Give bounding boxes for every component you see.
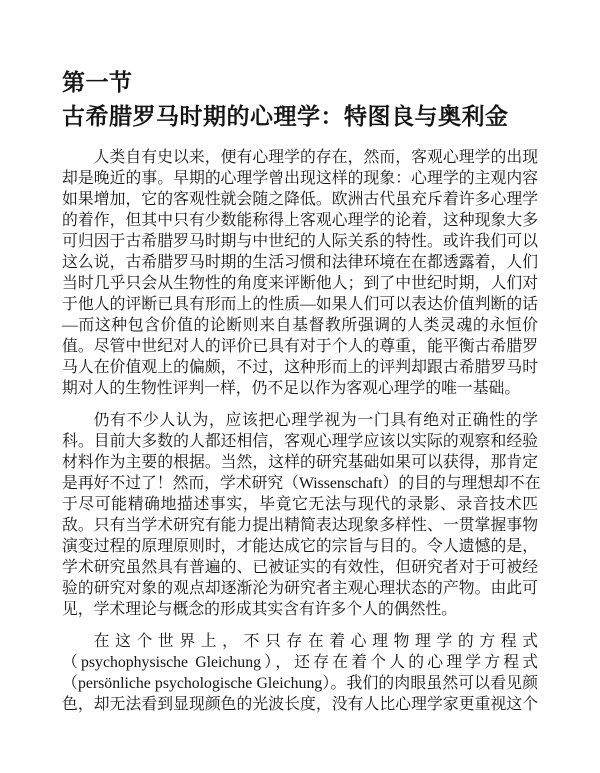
text-line: 在这个世界上，不只存在着心理物理学的方程式	[62, 631, 538, 652]
text-line: —而这种包含价值的论断则来自基督教所强调的人类灵魂的永恒价	[62, 315, 538, 336]
text-line: 值。尽管中世纪对人的评价已具有对于个人的尊重，能平衡古希腊罗	[62, 336, 538, 357]
paragraph: 人类自有史以来，便有心理学的存在，然而，客观心理学的出现却是晚近的事。早期的心理…	[62, 147, 538, 399]
text-line: 的着作，但其中只有少数能称得上客观心理学的论着，这种现象大多	[62, 210, 538, 231]
text-line: 验的研究对象的观点却逐渐沦为研究者主观心理状态的产物。由此可	[62, 578, 538, 599]
text-line: 材料作为主要的根据。当然，这样的研究基础如果可以获得，那肯定	[62, 452, 538, 473]
text-line: 于他人的评断已具有形而上的性质—如果人们可以表达价值判断的话	[62, 294, 538, 315]
body-text: 人类自有史以来，便有心理学的存在，然而，客观心理学的出现却是晚近的事。早期的心理…	[62, 147, 538, 715]
section-number: 第一节	[62, 66, 538, 100]
text-line: 仍有不少人认为，应该把心理学视为一门具有绝对正确性的学	[62, 410, 538, 431]
text-line: 学术研究虽然具有普遍的、已被证实的有效性，但研究者对于可被经	[62, 557, 538, 578]
text-line: 当时几乎只会从生物性的角度来评断他人；到了中世纪时期，人们对	[62, 273, 538, 294]
text-line: 这么说，古希腊罗马时期的生活习惯和法律环境在在都透露着，人们	[62, 252, 538, 273]
text-line: （persönliche psychologische Gleichung）。我…	[62, 673, 538, 694]
text-line: 于尽可能精确地描述事实，毕竟它无法与现代的录影、录音技术匹	[62, 494, 538, 515]
section-heading: 第一节 古希腊罗马时期的心理学：特图良与奥利金	[62, 66, 538, 134]
paragraph: 仍有不少人认为，应该把心理学视为一门具有绝对正确性的学科。目前大多数的人都还相信…	[62, 410, 538, 620]
text-line: 色，却无法看到显现颜色的光波长度，没有人比心理学家更重视这个	[62, 694, 538, 715]
page-content: 第一节 古希腊罗马时期的心理学：特图良与奥利金 人类自有史以来，便有心理学的存在…	[62, 66, 538, 715]
text-line: 可归因于古希腊罗马时期与中世纪的人际关系的特性。或许我们可以	[62, 231, 538, 252]
text-line: 人类自有史以来，便有心理学的存在，然而，客观心理学的出现	[62, 147, 538, 168]
text-line: 是再好不过了！然而，学术研究（Wissenschaft）的目的与理想却不在	[62, 473, 538, 494]
text-line: 演变过程的原理原则时，才能达成它的宗旨与目的。令人遗憾的是，	[62, 536, 538, 557]
text-line: 见，学术理论与概念的形成其实含有许多个人的偶然性。	[62, 599, 538, 620]
section-title: 古希腊罗马时期的心理学：特图良与奥利金	[62, 100, 538, 134]
text-line: 如果增加，它的客观性就会随之降低。欧洲古代虽充斥着许多心理学	[62, 189, 538, 210]
text-line: 敌。只有当学术研究有能力提出精简表达现象多样性、一贯掌握事物	[62, 515, 538, 536]
text-line: 科。目前大多数的人都还相信，客观心理学应该以实际的观察和经验	[62, 431, 538, 452]
text-line: 却是晚近的事。早期的心理学曾出现这样的现象：心理学的主观内容	[62, 168, 538, 189]
text-line: （psychophysische Gleichung），还存在着个人的心理学方程…	[62, 652, 538, 673]
text-line: 马人在价值观上的偏颇，不过，这种形而上的评判却跟古希腊罗马时	[62, 357, 538, 378]
document-page: 第一节 古希腊罗马时期的心理学：特图良与奥利金 人类自有史以来，便有心理学的存在…	[0, 0, 600, 773]
paragraph: 在这个世界上，不只存在着心理物理学的方程式（psychophysische Gl…	[62, 631, 538, 715]
text-line: 期对人的生物性评判一样，仍不足以作为客观心理学的唯一基础。	[62, 378, 538, 399]
